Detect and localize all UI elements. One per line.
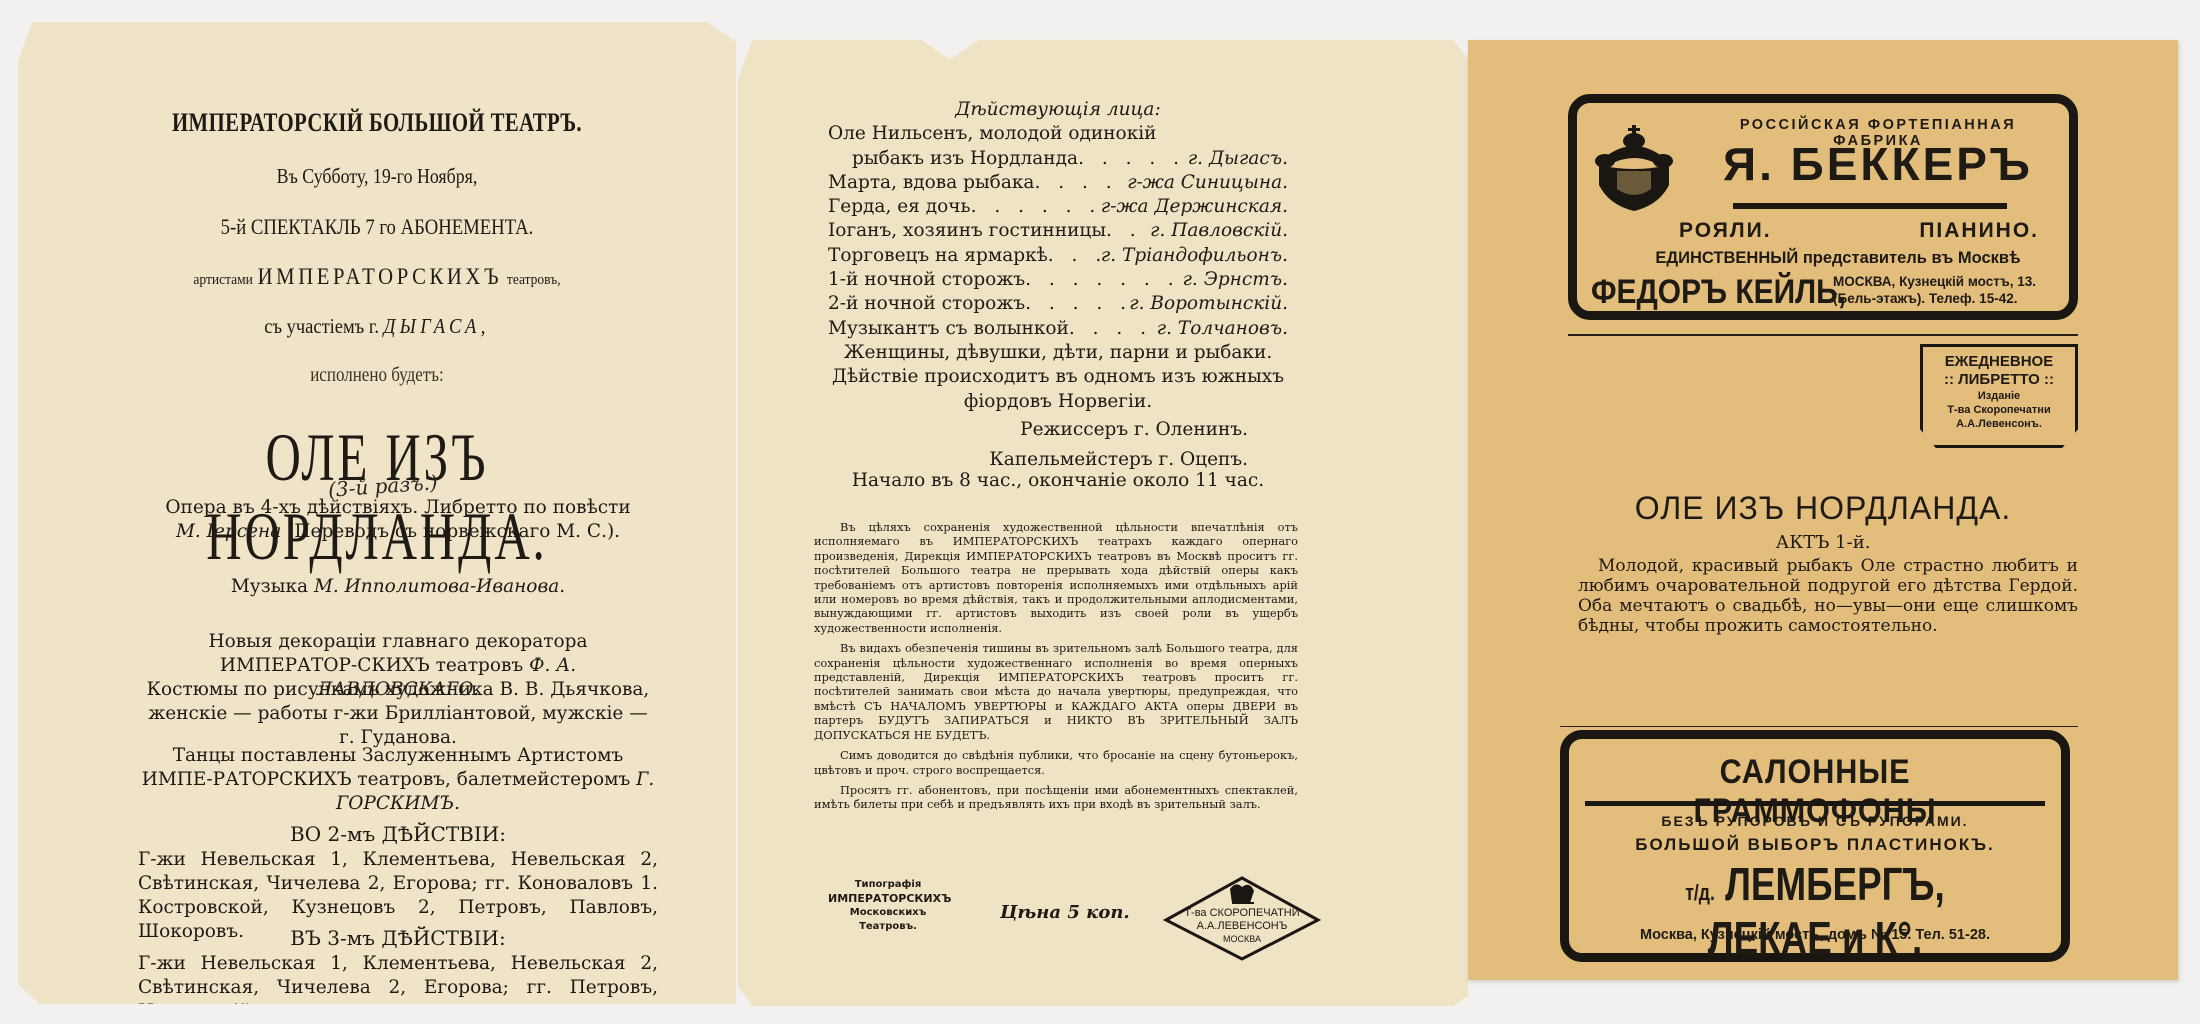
dances-credit: Танцы поставлены Заслуженнымъ Артистомъ … xyxy=(138,744,658,816)
chorus-line: Женщины, дѣвушки, дѣти, парни и рыбаки. xyxy=(828,341,1288,365)
role-row: рыбакъ изъ Нордланда. . . . . . . . . . … xyxy=(828,147,1288,171)
stamp-line: Т-ва СКОРОПЕЧАТНИ xyxy=(1162,907,1322,920)
guest-artist: ДЫГАСА, xyxy=(384,314,490,338)
guest-line: съ участіемъ г. ДЫГАСА, xyxy=(61,314,693,339)
gramophone-records: БОЛЬШОЙ ВЫБОРЪ ПЛАСТИНОКЪ. xyxy=(1569,835,2061,855)
role-actor: г. Воротынскій. xyxy=(1129,292,1288,316)
role-row: 2-й ночной сторожъ. . . . . . . . . . . … xyxy=(828,292,1288,316)
notice-paragraph: Въ цѣляхъ сохраненія художественной цѣль… xyxy=(814,520,1298,635)
role-row: Музыкантъ съ волынкой. . . . . . . . . .… xyxy=(828,317,1288,341)
opera-desc-line: Опера въ 4-хъ дѣйствіяхъ. Либретто по по… xyxy=(165,497,630,518)
artists-line: артистами ИМПЕРАТОРСКИХЪ театровъ, xyxy=(54,264,700,290)
artists-main: ИМПЕРАТОРСКИХЪ xyxy=(258,264,503,289)
firm-prefix: т/д. xyxy=(1685,880,1715,905)
act-synopsis: Молодой, красивый рыбакъ Оле страстно лю… xyxy=(1578,556,2078,636)
firm-name: ЛЕМБЕРГЪ, ЛЕКАЕ и К°. xyxy=(1708,858,1945,964)
leader-dots: . . . . . . . . . . . . xyxy=(1069,317,1157,341)
gramophone-horns: БЕЗЪ РУПОРОВЪ И СЪ РУПОРАМИ. xyxy=(1569,813,2061,829)
opera-author: М. Іерсена xyxy=(176,521,281,542)
role-row: 1-й ночной сторожъ. . . . . . . . . . . … xyxy=(828,268,1288,292)
role-name: Марта, вдова рыбака xyxy=(828,171,1034,195)
libretto-page: РОССІЙСКАЯ ФОРТЕПІАННАЯ ФАБРИКА Я. БЕККЕ… xyxy=(1468,40,2178,980)
brand-underline xyxy=(1733,203,2007,209)
role-actor: г-жа Держинская. xyxy=(1101,195,1288,219)
act-heading: АКТЪ 1-й. xyxy=(1468,532,2178,553)
divider xyxy=(1560,726,2078,727)
dances-text: Танцы поставлены Заслуженнымъ Артистомъ … xyxy=(142,745,631,790)
role-name: Іоганъ, хозяинъ гостинницы xyxy=(828,219,1106,243)
role-actor: г. Павловскій. xyxy=(1150,219,1288,243)
leader-dots: . . . . . . . . . . . . xyxy=(1078,147,1188,171)
music-author: М. Ипполитова-Иванова. xyxy=(314,576,565,597)
notice-paragraph: Просятъ гг. абонентовъ, при посѣщеніи им… xyxy=(814,783,1298,812)
sole-representative: ЕДИНСТВЕННЫЙ представитель въ Москвѣ xyxy=(1627,249,2049,268)
badge-line: А.А.Левенсонъ. xyxy=(1923,417,2075,431)
start-time: Начало въ 8 час., окончаніе около 11 час… xyxy=(828,470,1288,491)
playbill-front-page: ИМПЕРАТОРСКІЙ БОЛЬШОЙ ТЕАТРЪ. Въ Субботу… xyxy=(18,22,736,1004)
role-row: Герда, ея дочь. . . . . . . . . . . .г-ж… xyxy=(828,195,1288,219)
role-name: Оле Нильсенъ, молодой одинокій xyxy=(828,122,1157,146)
opera-description: Опера въ 4-хъ дѣйствіяхъ. Либретто по по… xyxy=(138,496,658,544)
stamp-line: А.А.ЛЕВЕНСОНЪ xyxy=(1162,920,1322,933)
dealer-address: МОСКВА, Кузнецкій мостъ, 13. (Бель-этажъ… xyxy=(1833,273,2036,307)
notice-paragraph: Въ видахъ обезпеченія тишины въ зрительн… xyxy=(814,641,1298,742)
brand-name: Я. БЕККЕРЪ xyxy=(1697,137,2059,191)
director-line: Режиссеръ г. Оленинъ. xyxy=(828,418,1288,442)
will-be-performed: исполнено будетъ: xyxy=(72,364,682,387)
leader-dots: . . . . . . . . . . . . xyxy=(1048,244,1101,268)
music-credit: Музыка М. Ипполитова-Иванова. xyxy=(138,575,658,599)
stamp-line: МОСКВА xyxy=(1162,933,1322,946)
gramophone-ad: САЛОННЫЕ ГРАММОФОНЫ БЕЗЪ РУПОРОВЪ И СЪ Р… xyxy=(1560,730,2070,962)
cast-list: Дѣйствующія лица: Оле Нильсенъ, молодой … xyxy=(828,98,1288,472)
divider xyxy=(1568,334,2078,336)
role-row: Оле Нильсенъ, молодой одинокій xyxy=(828,122,1288,146)
coat-of-arms-icon xyxy=(1593,123,1675,213)
address-line: (Бель-этажъ). Телеф. 15-42. xyxy=(1833,290,2036,307)
role-row: Іоганъ, хозяинъ гостинницы. . . . . . . … xyxy=(828,219,1288,243)
performance-number: 5-й СПЕКТАКЛЬ 7 го АБОНЕМЕНТА. xyxy=(72,214,682,240)
conductor-line: Капельмейстеръ г. Оцепъ. xyxy=(828,448,1288,472)
becker-piano-ad: РОССІЙСКАЯ ФОРТЕПІАННАЯ ФАБРИКА Я. БЕККЕ… xyxy=(1568,94,2078,320)
firm-address: Москва, Кузнецкій мостъ, домъ № 15. Тел.… xyxy=(1569,927,2061,943)
price: Цѣна 5 коп. xyxy=(1000,902,1130,923)
badge-line: :: ЛИБРЕТТО :: xyxy=(1923,371,2075,389)
badge-line: ЕЖЕДНЕВНОЕ xyxy=(1923,353,2075,371)
performance-date: Въ Субботу, 19-го Ноября, xyxy=(72,164,682,189)
role-actor: г. Дыгасъ. xyxy=(1188,147,1288,171)
leader-dots: . . . . . . . . . . . . xyxy=(1025,292,1129,316)
badge-line: Т-ва Скоропечатни xyxy=(1923,403,2075,417)
role-actor: г-жа Синицына. xyxy=(1127,171,1288,195)
headline-underline xyxy=(1585,801,2045,806)
playbill-cast-page: Дѣйствующія лица: Оле Нильсенъ, молодой … xyxy=(738,20,1468,1006)
role-name: Герда, ея дочь xyxy=(828,195,971,219)
notice-paragraph: Симъ доводится до свѣдѣнія публики, что … xyxy=(814,748,1298,777)
role-row: Марта, вдова рыбака. . . . . . . . . . .… xyxy=(828,171,1288,195)
theatre-name: ИМПЕРАТОРСКІЙ БОЛЬШОЙ ТЕАТРЪ. xyxy=(90,108,664,138)
role-name: Музыкантъ съ волынкой xyxy=(828,317,1069,341)
with-participation: съ участіемъ г. xyxy=(264,314,379,338)
printer-credit: Типографія ИМПЕРАТОРСКИХЪ Московскихъ Те… xyxy=(828,878,948,934)
grands-label: РОЯЛИ. xyxy=(1679,219,1772,243)
act3-heading: ВЪ 3-мъ ДѢЙСТВІИ: xyxy=(138,926,658,950)
firm-line: т/д. ЛЕМБЕРГЪ, ЛЕКАЕ и К°. xyxy=(1618,857,2012,965)
costumes-credit: Костюмы по рисункамъ художника В. В. Дья… xyxy=(138,678,658,750)
role-name: Торговецъ на ярмаркѣ xyxy=(828,244,1048,268)
notices: Въ цѣляхъ сохраненія художественной цѣль… xyxy=(814,520,1298,818)
artists-suffix: театровъ, xyxy=(507,272,561,288)
music-label: Музыка xyxy=(231,576,308,597)
badge-line: Изданіе xyxy=(1923,389,2075,403)
daily-libretto-badge: ЕЖЕДНЕВНОЕ :: ЛИБРЕТТО :: Изданіе Т-ва С… xyxy=(1920,344,2078,448)
role-name: рыбакъ изъ Нордланда xyxy=(828,147,1078,171)
printer-line: Театровъ. xyxy=(828,920,948,934)
cast-heading: Дѣйствующія лица: xyxy=(828,98,1288,122)
address-line: МОСКВА, Кузнецкій мостъ, 13. xyxy=(1833,273,2036,290)
role-actor: г. Тріандофильонъ. xyxy=(1101,244,1288,268)
act3-cast: Г-жи Невельская 1, Клементьева, Невельск… xyxy=(138,952,658,1024)
artists-prefix: артистами xyxy=(193,272,253,288)
role-name: 2-й ночной сторожъ xyxy=(828,292,1025,316)
leader-dots: . . . . . . . . . . . . xyxy=(1034,171,1127,195)
dealer-name: ФЕДОРЪ КЕЙЛЬ, xyxy=(1591,273,1846,312)
role-name: 1-й ночной сторожъ xyxy=(828,268,1025,292)
printer-stamp: Т-ва СКОРОПЕЧАТНИ А.А.ЛЕВЕНСОНЪ МОСКВА xyxy=(1162,875,1322,961)
stamp-text: Т-ва СКОРОПЕЧАТНИ А.А.ЛЕВЕНСОНЪ МОСКВА xyxy=(1162,907,1322,946)
printer-line: Московскихъ xyxy=(828,906,948,920)
leader-dots: . . . . . . . . . . . . xyxy=(1106,219,1150,243)
printer-line: ИМПЕРАТОРСКИХЪ xyxy=(828,892,948,906)
opera-translation: (Переводъ съ норвежскаго М. С.). xyxy=(287,521,620,542)
role-row: Торговецъ на ярмаркѣ. . . . . . . . . . … xyxy=(828,244,1288,268)
setting-line: Дѣйствіе происходитъ въ одномъ изъ южных… xyxy=(828,365,1288,414)
leader-dots: . . . . . . . . . . . . xyxy=(1025,268,1182,292)
libretto-title: ОЛЕ ИЗЪ НОРДЛАНДА. xyxy=(1468,490,2178,527)
leader-dots: . . . . . . . . . . . . xyxy=(971,195,1101,219)
pianos-label: ПІАНИНО. xyxy=(1919,219,2039,243)
printer-line: Типографія xyxy=(828,878,948,892)
role-actor: г. Толчановъ. xyxy=(1157,317,1288,341)
role-actor: г. Эрнстъ. xyxy=(1183,268,1288,292)
act2-heading: ВО 2-мъ ДѢЙСТВІИ: xyxy=(138,822,658,846)
